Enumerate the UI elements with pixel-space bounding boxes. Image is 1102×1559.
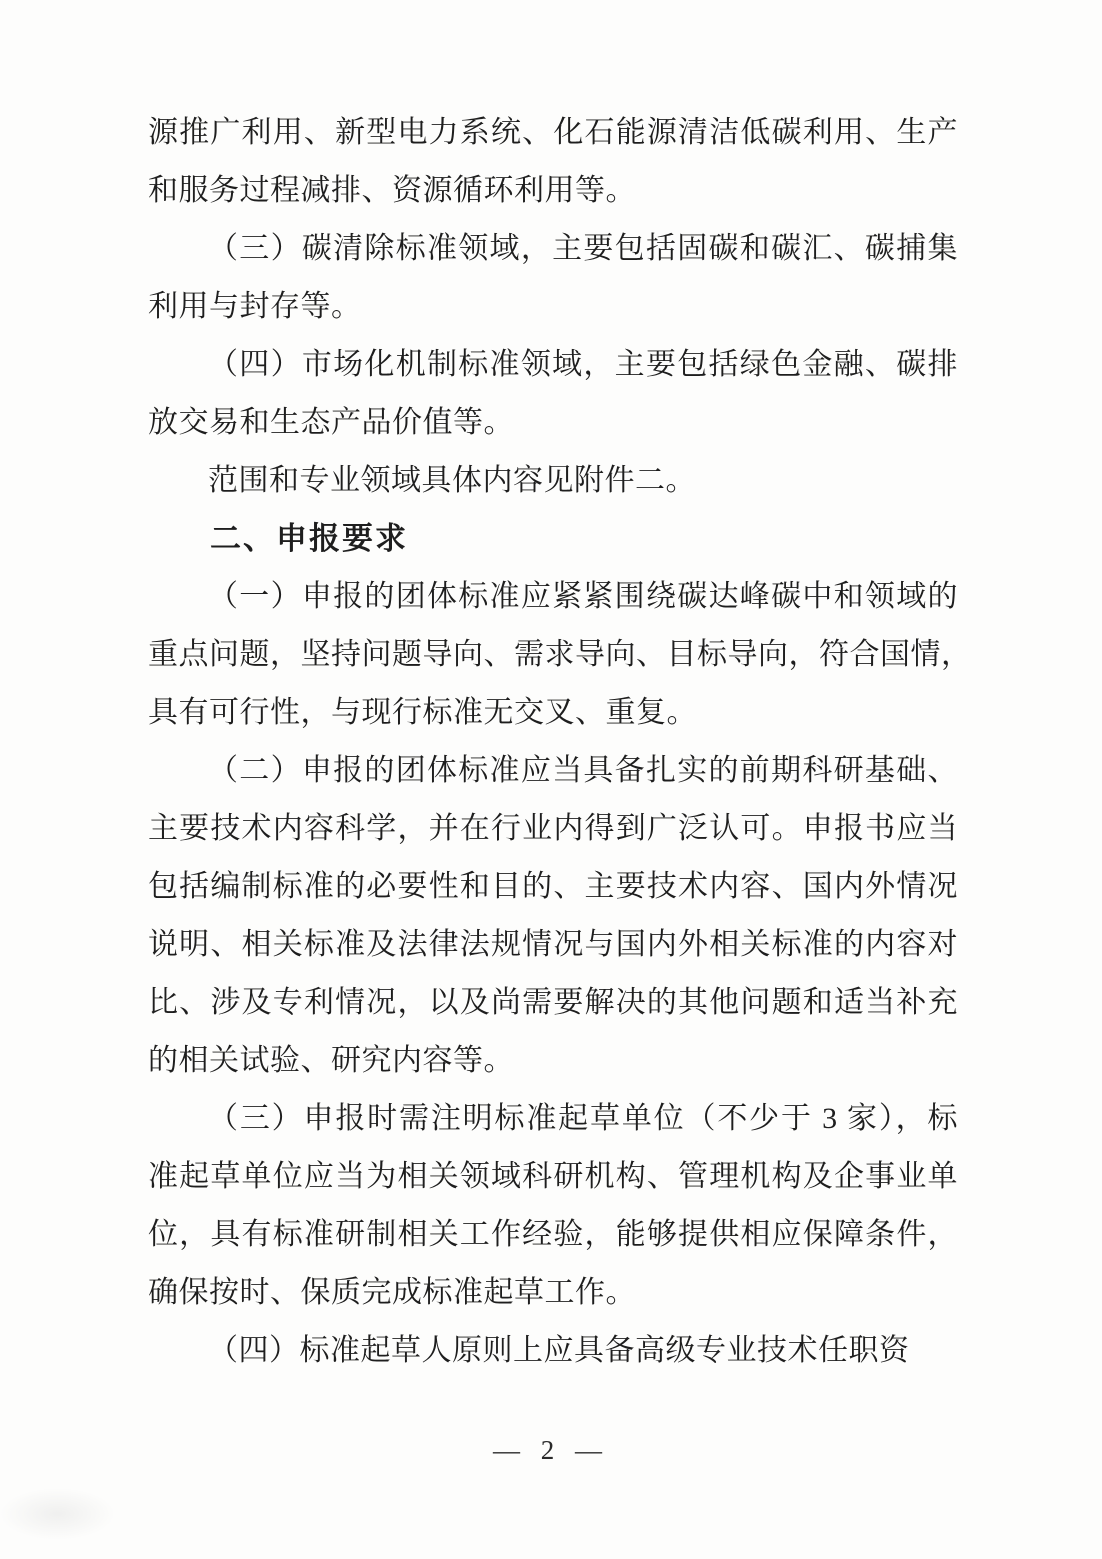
paragraph: （三）申报时需注明标准起草单位（不少于 3 家），标准起草单位应当为相关领域科研… <box>148 1090 958 1322</box>
text-line: 具有可行性，与现行标准无交叉、重复。 <box>148 684 958 742</box>
paragraph: 源推广利用、新型电力系统、化石能源清洁低碳利用、生产和服务过程减排、资源循环利用… <box>148 104 958 220</box>
text-line: 包括编制标准的必要性和目的、主要技术内容、国内外情况 <box>148 858 958 916</box>
text-line: 说明、相关标准及法律法规情况与国内外相关标准的内容对 <box>148 916 958 974</box>
text-line: （四）标准起草人原则上应具备高级专业技术任职资 <box>148 1322 958 1380</box>
text-line: 二、申报要求 <box>148 510 958 568</box>
text-line: 重点问题，坚持问题导向、需求导向、目标导向，符合国情， <box>148 626 958 684</box>
paragraph: （四）市场化机制标准领域，主要包括绿色金融、碳排放交易和生态产品价值等。 <box>148 336 958 452</box>
text-line: 确保按时、保质完成标准起草工作。 <box>148 1264 958 1322</box>
paragraph: （二）申报的团体标准应当具备扎实的前期科研基础、主要技术内容科学，并在行业内得到… <box>148 742 958 1090</box>
paragraph: （三）碳清除标准领域，主要包括固碳和碳汇、碳捕集利用与封存等。 <box>148 220 958 336</box>
text-line: 准起草单位应当为相关领域科研机构、管理机构及企事业单 <box>148 1148 958 1206</box>
text-line: 放交易和生态产品价值等。 <box>148 394 958 452</box>
text-line: 的相关试验、研究内容等。 <box>148 1032 958 1090</box>
text-line: 范围和专业领域具体内容见附件二。 <box>148 452 958 510</box>
paragraph: 范围和专业领域具体内容见附件二。 <box>148 452 958 510</box>
text-line: （四）市场化机制标准领域，主要包括绿色金融、碳排 <box>148 336 958 394</box>
text-line: （三）碳清除标准领域，主要包括固碳和碳汇、碳捕集 <box>148 220 958 278</box>
text-line: 主要技术内容科学，并在行业内得到广泛认可。申报书应当 <box>148 800 958 858</box>
section-heading: 二、申报要求 <box>148 510 958 568</box>
text-line: （二）申报的团体标准应当具备扎实的前期科研基础、 <box>148 742 958 800</box>
text-line: 源推广利用、新型电力系统、化石能源清洁低碳利用、生产 <box>148 104 958 162</box>
text-line: 比、涉及专利情况，以及尚需要解决的其他问题和适当补充 <box>148 974 958 1032</box>
text-line: （一）申报的团体标准应紧紧围绕碳达峰碳中和领域的 <box>148 568 958 626</box>
scan-smudge <box>0 1488 115 1540</box>
text-line: 和服务过程减排、资源循环利用等。 <box>148 162 958 220</box>
text-line: 位，具有标准研制相关工作经验，能够提供相应保障条件， <box>148 1206 958 1264</box>
paragraph: （四）标准起草人原则上应具备高级专业技术任职资 <box>148 1322 958 1380</box>
paragraph: （一）申报的团体标准应紧紧围绕碳达峰碳中和领域的重点问题，坚持问题导向、需求导向… <box>148 568 958 742</box>
text-line: （三）申报时需注明标准起草单位（不少于 3 家），标 <box>148 1090 958 1148</box>
document-body: 源推广利用、新型电力系统、化石能源清洁低碳利用、生产和服务过程减排、资源循环利用… <box>148 104 958 1380</box>
text-line: 利用与封存等。 <box>148 278 958 336</box>
document-page: 源推广利用、新型电力系统、化石能源清洁低碳利用、生产和服务过程减排、资源循环利用… <box>0 0 1102 1559</box>
page-number: — 2 — <box>0 1430 1102 1470</box>
